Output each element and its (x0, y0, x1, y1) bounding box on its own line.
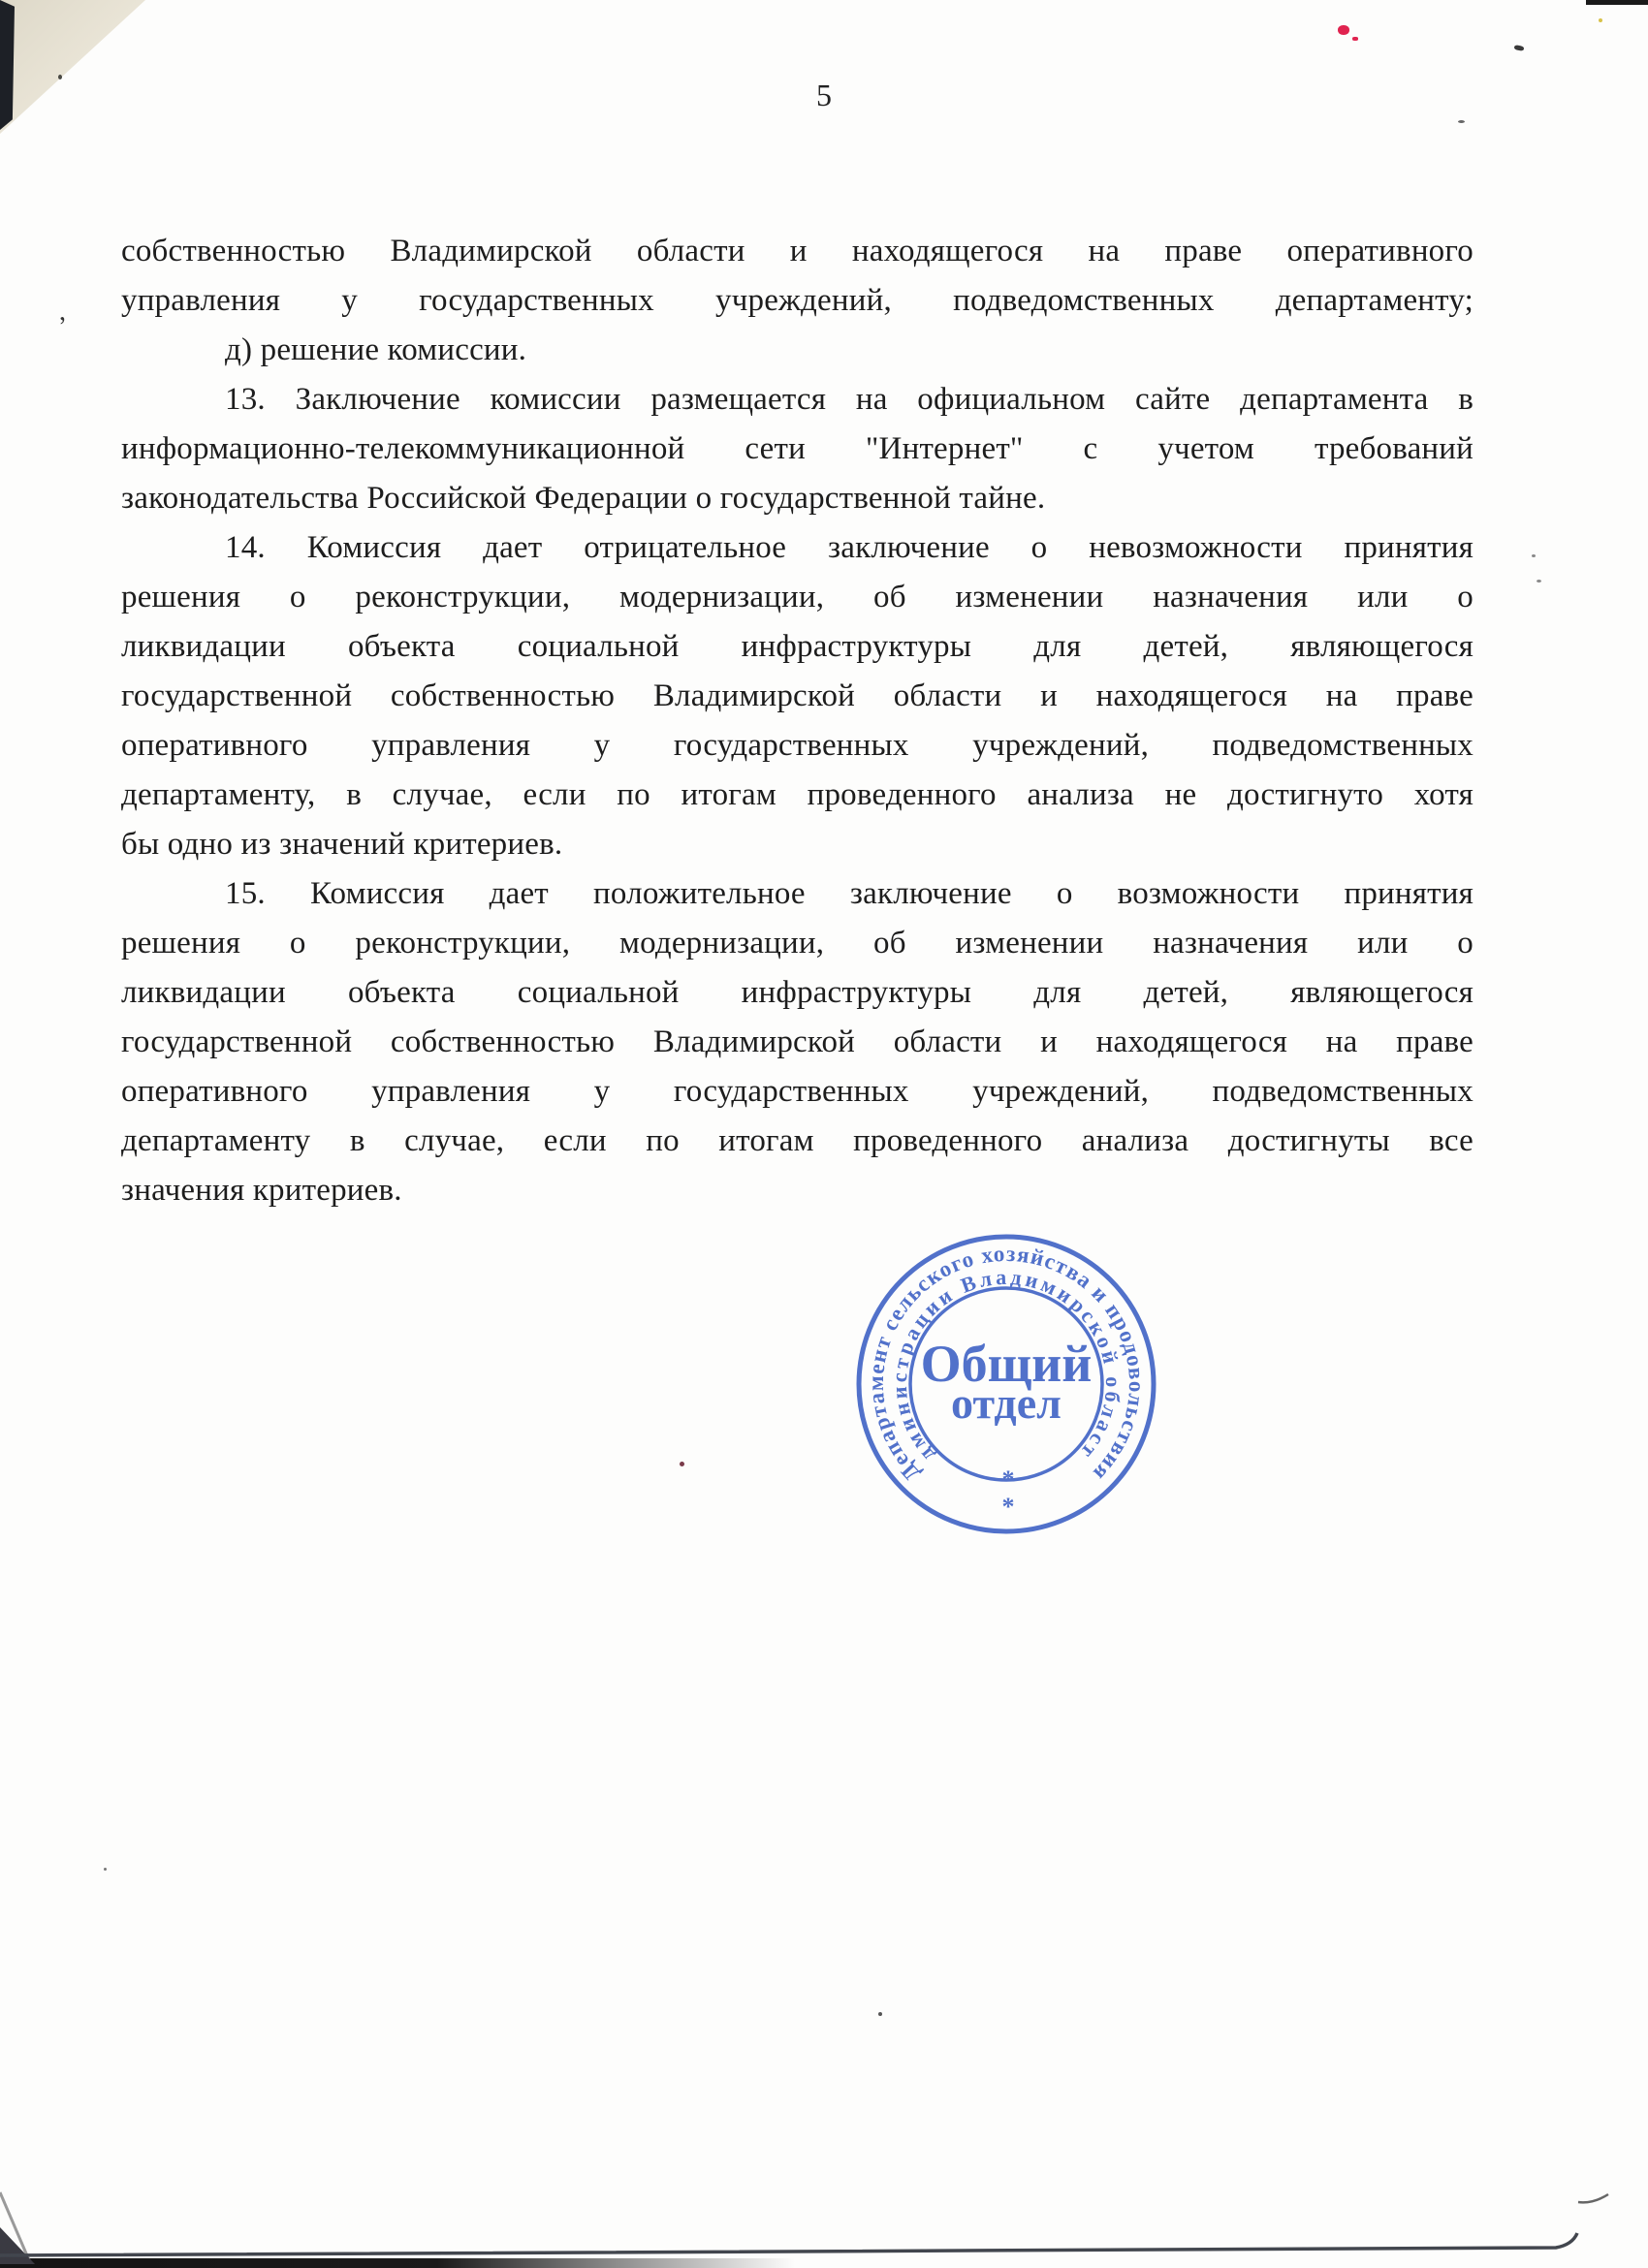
scan-ink-mark: , (56, 297, 67, 329)
stamp-separator-star: * (1002, 1465, 1015, 1494)
text-line: решения о реконструкции, модернизации, о… (121, 573, 1474, 622)
text-line: государственной собственностью Владимирс… (121, 1018, 1474, 1067)
scan-speck (104, 1868, 107, 1871)
text-line: 15. Комиссия дает положительное заключен… (121, 869, 1474, 919)
text-line: 13. Заключение комиссии размещается на о… (121, 375, 1474, 425)
scan-speck (680, 1462, 684, 1466)
text-line: собственностью Владимирской области и на… (121, 227, 1474, 276)
scan-speck (1537, 580, 1541, 583)
text-line: департаменту, в случае, если по итогам п… (121, 771, 1474, 820)
text-line: 14. Комиссия дает отрицательное заключен… (121, 523, 1474, 573)
scan-speck (1458, 120, 1465, 123)
text-line: ликвидации объекта социальной инфраструк… (121, 622, 1474, 672)
scan-speck (1532, 554, 1536, 557)
text-line: бы одно из значений критериев. (121, 820, 1474, 869)
stamp-center-line2: отдел (951, 1378, 1062, 1428)
document-page: , 5 собственностью Владимирской области … (0, 0, 1648, 2268)
scan-bottom-band (0, 2258, 795, 2268)
text-line: значения критериев. (121, 1166, 1474, 1215)
text-line: управления у государственных учреждений,… (121, 276, 1474, 326)
text-line: законодательства Российской Федерации о … (121, 474, 1474, 523)
scan-edge-sliver (1586, 0, 1648, 5)
scan-speck (1599, 18, 1602, 22)
official-stamp: Департамент сельского хозяйства и продов… (846, 1224, 1166, 1544)
text-line: информационно-телекоммуникационной сети … (121, 425, 1474, 474)
page-number: 5 (0, 78, 1648, 113)
text-line: департаменту в случае, если по итогам пр… (121, 1117, 1474, 1166)
text-line: государственной собственностью Владимирс… (121, 672, 1474, 721)
stamp-separator-star: * (1002, 1493, 1015, 1521)
scan-corner-fold (0, 0, 145, 134)
text-line: ликвидации объекта социальной инфраструк… (121, 968, 1474, 1018)
text-line: решения о реконструкции, модернизации, о… (121, 919, 1474, 968)
scan-speck (1514, 45, 1525, 51)
text-line: оперативного управления у государственны… (121, 1067, 1474, 1117)
text-line: оперативного управления у государственны… (121, 721, 1474, 771)
text-line: д) решение комиссии. (121, 326, 1474, 375)
document-body: собственностью Владимирской области и на… (121, 227, 1474, 1215)
scan-speck-red (1338, 25, 1349, 35)
scan-speck (878, 2012, 882, 2016)
